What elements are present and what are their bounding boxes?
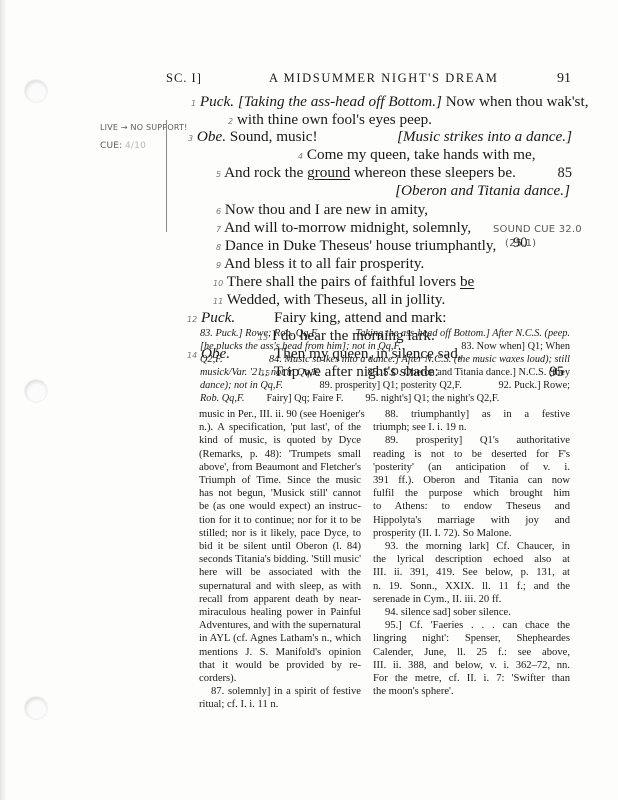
underlined-word: ground xyxy=(307,164,350,181)
punch-hole xyxy=(25,380,47,402)
verse-line: 12 Puck. xyxy=(187,309,235,329)
cue-value: 4/10 xyxy=(125,141,146,151)
note-line: prosperity (II. I. 72). So Malone. xyxy=(373,527,570,540)
speaker-name: Puck. xyxy=(201,309,235,326)
note-line: the lyrical description echoed also at xyxy=(373,553,570,566)
collation-entry: [he plucks the ass's head from him]; not… xyxy=(200,341,401,354)
verse-text: Now when thou wak'st, xyxy=(446,93,589,110)
note-line: recall from apparent death by near- xyxy=(199,593,361,606)
cue-number: 3 xyxy=(188,134,193,143)
stage-direction: [Oberon and Titania dance.] xyxy=(395,182,570,200)
verse-text: Come my queen, take hands with me, xyxy=(307,146,536,163)
verse-line: 6 Now thou and I are new in amity, xyxy=(216,201,428,221)
collation-entry: 95. night's] Q1; the night's Q2,F. xyxy=(365,393,499,406)
note-line: lingring night': Spenser, Shepheardes xyxy=(373,632,570,645)
note-line: Adventures, and with the supernatural xyxy=(199,619,361,632)
textual-collation: 83. Puck.] Rowe; Rob. Qq,F. Taking the a… xyxy=(200,328,570,405)
note-line: above', from Beaumont and Fletcher's xyxy=(199,461,361,474)
note-line: reading is not to be deserted for F's xyxy=(373,448,570,461)
verse-text: And will to-morrow midnight, solemnly, xyxy=(224,219,471,236)
punch-hole xyxy=(25,80,47,102)
cue-number: 8 xyxy=(216,243,221,252)
collation-entry: 83. Puck.] Rowe; Rob. Qq,F. xyxy=(200,328,319,341)
note-line: here will be associated with the xyxy=(199,566,361,579)
page-title: A MIDSUMMER NIGHT'S DREAM xyxy=(269,71,498,86)
cue-number: 14 xyxy=(187,351,197,360)
cue-number: 1 xyxy=(191,99,196,108)
verse-line: 1 Puck. [Taking the ass-head off Bottom.… xyxy=(191,93,589,113)
cue-number: 9 xyxy=(216,261,221,270)
note-line: Calender, June, ll. 25 f.: see above, xyxy=(373,646,570,659)
note-line: supernatural and with sleep, as with xyxy=(199,580,361,593)
cue-label: CUE: xyxy=(100,141,122,151)
note-line: III. ii. 388, and below, v. i. 362–72, n… xyxy=(373,659,570,672)
commentary-left-column: music in Per., III. ii. 90 (see Hoeniger… xyxy=(199,408,361,712)
note-line: 93. the morning lark] Cf. Chaucer, in xyxy=(373,540,570,553)
cue-number: 12 xyxy=(187,315,197,324)
collation-entry: Q2,F. xyxy=(200,354,223,367)
verse-text: Now thou and I are new in amity, xyxy=(225,201,428,218)
note-line: that it would be provided by re- xyxy=(199,659,361,672)
note-line: 'posterity' (an anticipation of v. i. xyxy=(373,461,570,474)
collation-entry: musick/Var. '21.; not in Qq,F. xyxy=(200,367,320,380)
live-note: LIVE → NO SUPPORT! xyxy=(100,123,188,132)
note-line: 87. solemnly] in a spirit of festive xyxy=(199,685,361,698)
verse-line: 11 Wedded, with Theseus, all in jollity. xyxy=(213,291,445,311)
verse-text: Wedded, with Theseus, all in jollity. xyxy=(227,291,446,308)
commentary-right-column: 88. triumphantly] as in a festivetriumph… xyxy=(373,408,570,698)
note-line: serenade in Cym., II. iii. 20 ff. xyxy=(373,593,570,606)
verse-line: 3 Obe. Sound, music! [Music strikes into… xyxy=(188,128,572,148)
verse-line: 10 There shall the pairs of faithful lov… xyxy=(213,273,474,293)
note-line: music in Per., III. ii. 90 (see Hoeniger… xyxy=(199,408,361,421)
verse-text: Sound, music! xyxy=(230,128,318,145)
note-line: Triumph of Time. Since the music xyxy=(199,474,361,487)
cue-number: 5 xyxy=(216,170,221,179)
collation-entry: Rob. Qq,F. xyxy=(200,393,244,406)
note-line: ritual; cf. I. i. 11 n. xyxy=(199,698,361,711)
collation-row: 83. Puck.] Rowe; Rob. Qq,F. Taking the a… xyxy=(200,328,570,341)
note-line: stilled; nor is it likely, pace Dyce, to xyxy=(199,527,361,540)
line-number: 90 xyxy=(513,234,528,252)
running-header: SC. I] A MIDSUMMER NIGHT'S DREAM 91 xyxy=(166,71,571,89)
collation-row: dance); not in Qq,F. 89. prosperity] Q1;… xyxy=(200,380,570,393)
collation-row: musick/Var. '21.; not in Qq,F. 85. S.D. … xyxy=(200,367,570,380)
stage-direction: [Taking the ass-head off Bottom.] xyxy=(238,93,442,110)
collation-row: Rob. Qq,F. Fairy] Qq; Faire F. 95. night… xyxy=(200,393,570,406)
note-line: in AYL (cf. Agnes Latham's n., which xyxy=(199,632,361,645)
verse-text: And bless it to all fair prosperity. xyxy=(224,255,424,272)
collation-entry: 92. Puck.] Rowe; xyxy=(499,380,571,393)
verse-text: with thine own fool's eyes peep. xyxy=(237,111,432,128)
underlined-word: be xyxy=(460,273,474,290)
note-line: triumph; see I. i. 19 n. xyxy=(373,421,570,434)
note-line: 89. prosperity] Q1's authoritative xyxy=(373,434,570,447)
cue-number: 10 xyxy=(213,279,223,288)
note-line: corders). xyxy=(199,672,361,685)
note-line: n.). A specification, 'put last', of the xyxy=(199,421,361,434)
page-edge xyxy=(0,0,6,800)
line-number: 85 xyxy=(558,164,573,182)
collation-entry: 89. prosperity] Q1; posterity Q2,F. xyxy=(320,380,462,393)
note-line: 94. silence sad] sober silence. xyxy=(373,606,570,619)
cue-number: 6 xyxy=(216,207,221,216)
note-line: tion for it to continue; nor for it to b… xyxy=(199,514,361,527)
collation-entry: Taking the ass-head off Bottom.] After N… xyxy=(355,328,570,341)
note-line: to Athens: to endow Theseus and xyxy=(373,500,570,513)
collation-entry: 84. Music strikes into a dance.] After N… xyxy=(269,354,570,367)
note-line: Hippolyta's marriage with joy and xyxy=(373,514,570,527)
speaker-name: Obe. xyxy=(197,128,226,145)
verse-text: There shall the pairs of faithful lovers xyxy=(227,273,460,290)
verse-line: 7 And will to-morrow midnight, solemnly, xyxy=(216,219,471,239)
collation-entry: 83. Now when] Q1; When xyxy=(461,341,570,354)
note-line: bid it be silent until Oberon (l. 84) xyxy=(199,540,361,553)
cue-number: 7 xyxy=(216,225,221,234)
collation-entry: 85. S.D. Oberon and Titania dance.] N.C.… xyxy=(368,367,570,380)
speaker-name: Puck. xyxy=(200,93,234,110)
note-line: be (as one would expect) an instruc- xyxy=(199,500,361,513)
verse-line: 4 Come my queen, take hands with me, xyxy=(298,146,536,166)
cue-number: 2 xyxy=(228,117,233,126)
note-line: III. ii. 391, 419. See below, p. 131, at xyxy=(373,566,570,579)
note-line: (Remarks, p. 48): 'Trumpets small xyxy=(199,448,361,461)
verse-text: And rock the xyxy=(224,164,307,181)
collation-entry: Fairy] Qq; Faire F. xyxy=(266,393,343,406)
verse-line: 8 Dance in Duke Theseus' house triumphan… xyxy=(216,237,496,257)
page-number: 91 xyxy=(557,71,571,87)
cue-number: 11 xyxy=(213,297,223,306)
collation-row: [he plucks the ass's head from him]; not… xyxy=(200,341,570,354)
verse-line: 9 And bless it to all fair prosperity. xyxy=(216,255,424,275)
note-line: miraculous healing power in Painful xyxy=(199,606,361,619)
note-line: For the metre, cf. II. i. 7: 'Swifter th… xyxy=(373,672,570,685)
note-line: 391 ff.). Oberon and Titania can now xyxy=(373,474,570,487)
note-line: 88. triumphantly] as in a festive xyxy=(373,408,570,421)
note-line: kind of music, is quoted by Dyce xyxy=(199,434,361,447)
scene-label: SC. I] xyxy=(166,71,202,86)
note-line: n. 19. Sonn., XXIX. ll. 11 f.; and the xyxy=(373,580,570,593)
note-line: has not begun, 'Musick still' cannot xyxy=(199,487,361,500)
note-line: seconds Titania's bidding. 'Still music' xyxy=(199,553,361,566)
verse-line: 5 And rock the ground whereon these slee… xyxy=(216,164,572,184)
note-line: 95.] Cf. 'Faeries . . . can chace the xyxy=(373,619,570,632)
punch-hole xyxy=(25,697,47,719)
note-line: fulfil the purpose which brought him xyxy=(373,487,570,500)
cue-number: 4 xyxy=(298,152,303,161)
verse-text: Fairy king, attend and mark: xyxy=(274,309,447,327)
collation-row: Q2,F. 84. Music strikes into a dance.] A… xyxy=(200,354,570,367)
verse-text: Dance in Duke Theseus' house triumphantl… xyxy=(225,237,496,254)
note-line: the moon's sphere'. xyxy=(373,685,570,698)
margin-bracket-line xyxy=(166,120,167,232)
sound-cue-note: SOUND CUE 32.0 xyxy=(493,224,582,235)
collation-entry: dance); not in Qq,F. xyxy=(200,380,283,393)
stage-direction: [Music strikes into a dance.] xyxy=(397,128,572,146)
verse-text: whereon these sleepers be. xyxy=(350,164,516,181)
note-line: mentions J. S. Manifold's opinion xyxy=(199,646,361,659)
